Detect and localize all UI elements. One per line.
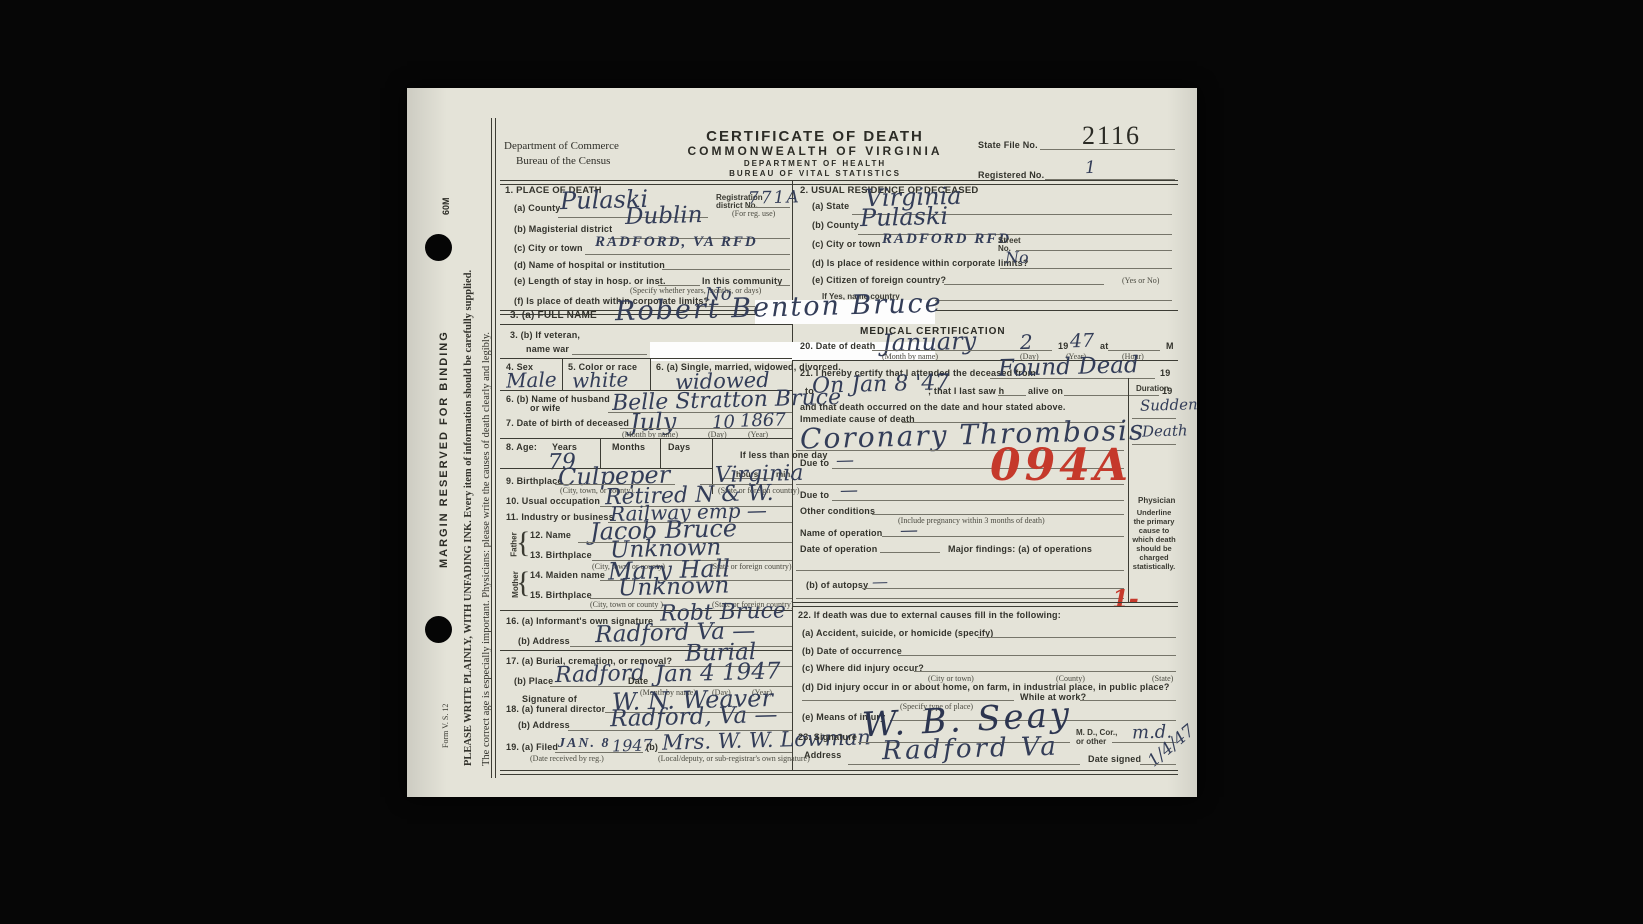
s5-value: white bbox=[572, 367, 629, 392]
margin-binding-text: MARGIN RESERVED FOR BINDING bbox=[438, 330, 450, 568]
s3b-label2: name war bbox=[526, 344, 569, 354]
registered-no-label: Registered No. bbox=[978, 170, 1044, 180]
s8-months-label: Months bbox=[612, 442, 645, 452]
s23-datesigned-label: Date signed bbox=[1088, 754, 1141, 764]
punch-hole-top bbox=[425, 234, 452, 261]
s2b-value: Pulaski bbox=[860, 202, 949, 232]
s19-cap1: (Date received by reg.) bbox=[530, 754, 604, 763]
s2e-label: (e) Citizen of foreign country? bbox=[812, 275, 946, 285]
duration-label: Duration bbox=[1136, 384, 1169, 393]
s2a-label: (a) State bbox=[812, 201, 849, 211]
s8-days-label: Days bbox=[668, 442, 690, 452]
s19a-value1: JAN. 8 bbox=[558, 736, 610, 752]
s18b-label: (b) Address bbox=[518, 720, 570, 730]
operation-label: Name of operation bbox=[800, 528, 882, 538]
margin-print-code: 60M bbox=[441, 197, 451, 215]
state-file-number: 2116 bbox=[1082, 121, 1141, 151]
s2c-value: RADFORD RFD bbox=[882, 231, 1011, 248]
state-file-label: State File No. bbox=[978, 140, 1038, 150]
bureau-vital-statistics: BUREAU OF VITAL STATISTICS bbox=[675, 169, 955, 178]
s22c-label: (c) Where did injury occur? bbox=[802, 663, 924, 673]
s6b-label2: or wife bbox=[530, 403, 560, 413]
physician-note-head: Physician bbox=[1138, 496, 1175, 505]
s2d-label: (d) Is place of residence within corpora… bbox=[812, 258, 1029, 268]
s21-line3: and that death occurred on the date and … bbox=[800, 402, 1066, 412]
s1b-label: (b) Magisterial district bbox=[514, 224, 612, 234]
due2-value: — bbox=[840, 480, 859, 501]
operation-value: — bbox=[900, 520, 919, 541]
s2c-label: (c) City or town bbox=[812, 239, 881, 249]
due2-label: Due to bbox=[800, 490, 829, 500]
father-brace: { bbox=[516, 526, 530, 560]
certificate-form: Department of Commerce Bureau of the Cen… bbox=[500, 88, 1197, 797]
s1c-label: (c) City or town bbox=[514, 243, 583, 253]
s19a-label: 19. (a) Filed bbox=[506, 742, 558, 752]
s3a-label: 3. (a) FULL NAME bbox=[510, 310, 597, 321]
s4-value: Male bbox=[506, 367, 557, 392]
s23-md-label1: M. D., Cor., bbox=[1076, 728, 1117, 737]
s20-label: 20. Date of death bbox=[800, 341, 875, 351]
punch-hole-bottom bbox=[425, 616, 452, 643]
due1-label: Due to bbox=[800, 458, 829, 468]
certificate-subtitle: COMMONWEALTH OF VIRGINIA bbox=[675, 144, 955, 158]
margin-form-number: Form V. S. 12 bbox=[441, 704, 450, 748]
s15-cap1: (City, town or county ) bbox=[590, 600, 663, 609]
issuing-dept-line1: Department of Commerce bbox=[504, 140, 619, 152]
s22a-label: (a) Accident, suicide, or homicide (spec… bbox=[802, 628, 994, 638]
duration-value-1: Sudden bbox=[1140, 395, 1198, 415]
s15-label: 15. Birthplace bbox=[530, 590, 592, 600]
s1a-label: (a) County bbox=[514, 203, 561, 213]
s19b-label: (b) bbox=[646, 742, 658, 752]
s22b-label: (b) Date of occurrence bbox=[802, 646, 902, 656]
binding-divider bbox=[491, 118, 496, 778]
s16b-label: (b) Address bbox=[518, 636, 570, 646]
s1-regnote: (For reg. use) bbox=[732, 209, 775, 218]
grid-bottom-rule bbox=[500, 770, 1178, 775]
s7-label: 7. Date of birth of deceased bbox=[506, 418, 629, 428]
physician-note-text: Underline the primary cause to which dea… bbox=[1132, 508, 1176, 571]
issuing-dept-line2: Bureau of the Census bbox=[516, 155, 610, 167]
mother-brace: { bbox=[516, 566, 530, 600]
scan-background: 60M MARGIN RESERVED FOR BINDING Form V. … bbox=[0, 0, 1643, 924]
margin-instruction-1: PLEASE WRITE PLAINLY, WITH UNFADING INK.… bbox=[463, 270, 474, 766]
s17b-label: (b) Place bbox=[514, 676, 553, 686]
s3b-label1: 3. (b) If veteran, bbox=[510, 330, 580, 340]
s20-m: M bbox=[1166, 341, 1174, 351]
death-certificate-scan: 60M MARGIN RESERVED FOR BINDING Form V. … bbox=[407, 88, 1197, 797]
other-conditions-note: (Include pregnancy within 3 months of de… bbox=[898, 516, 1045, 525]
s23-md-label2: or other bbox=[1076, 737, 1106, 746]
s1e-label: (e) Length of stay in hosp. or inst. bbox=[514, 276, 666, 286]
s12-label: 12. Name bbox=[530, 530, 571, 540]
icd-code-stamp: 094A bbox=[990, 440, 1132, 491]
s2e-note: (Yes or No) bbox=[1122, 276, 1159, 285]
s18a-label1: Signature of bbox=[522, 694, 577, 704]
registered-no-value: 1 bbox=[1085, 158, 1096, 178]
s17-date-label: Date bbox=[628, 676, 648, 686]
s2d-value: No bbox=[1005, 248, 1029, 268]
s1-regdist-value: 771A bbox=[748, 187, 801, 208]
s14-label: 14. Maiden name bbox=[530, 570, 605, 580]
s8-label: 8. Age: bbox=[506, 442, 537, 452]
s22-heading: 22. If death was due to external causes … bbox=[798, 610, 1061, 620]
s1b-value: Dublin bbox=[625, 202, 703, 230]
s2b-label: (b) County bbox=[812, 220, 859, 230]
s13-label: 13. Birthplace bbox=[530, 550, 592, 560]
red-tally-mark: 1- bbox=[1112, 584, 1139, 613]
autopsy-label: (b) of autopsy bbox=[806, 580, 868, 590]
s10-label: 10. Usual occupation bbox=[506, 496, 600, 506]
s20-19: 19 bbox=[1058, 341, 1068, 351]
s1c-value: RADFORD, VA RFD bbox=[595, 234, 758, 251]
operation-date-label: Date of operation bbox=[800, 544, 877, 554]
s21-19a: 19 bbox=[1160, 368, 1170, 378]
s18a-label2: 18. (a) funeral director bbox=[506, 704, 605, 714]
s20-year: 47 bbox=[1070, 330, 1095, 353]
s22d-label: (d) Did injury occur in or about home, o… bbox=[802, 682, 1170, 692]
s23-address-label: Address bbox=[804, 750, 841, 760]
dept-of-health: DEPARTMENT OF HEALTH bbox=[675, 159, 955, 168]
certificate-title: CERTIFICATE OF DEATH bbox=[675, 128, 955, 145]
s23-address-value: Radford Va bbox=[882, 732, 1060, 767]
s1d-label: (d) Name of hospital or institution bbox=[514, 260, 665, 270]
s21-alive: alive on bbox=[1028, 386, 1063, 396]
s21-mid: ; that I last saw h bbox=[928, 386, 1004, 396]
duration-value-2: Death bbox=[1142, 421, 1188, 440]
other-conditions-label: Other conditions bbox=[800, 506, 875, 516]
s23-label: 23. Signature bbox=[798, 732, 857, 742]
major-findings-label: Major findings: (a) of operations bbox=[948, 544, 1092, 554]
s19-cap2: (Local/deputy, or sub-registrar's own si… bbox=[658, 754, 810, 763]
